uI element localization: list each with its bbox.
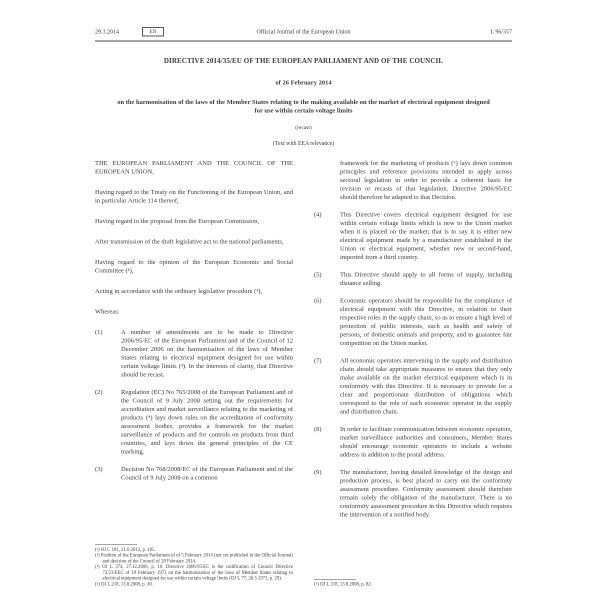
recital-text: The manufacturer, having detailed knowle… — [340, 468, 512, 519]
recital-text: Regulation (EC) No 765/2008 of the Europ… — [121, 388, 293, 456]
recital-5: (5) This Directive should apply to all f… — [314, 270, 512, 287]
preamble-treaty-citation: Having regard to the Treaty on the Funct… — [95, 188, 293, 205]
recital-number: (3) — [95, 465, 121, 482]
recital-number: (8) — [314, 425, 340, 459]
preamble-commission-proposal: Having regard to the proposal from the E… — [95, 217, 293, 226]
preamble-enacting-institutions: THE EUROPEAN PARLIAMENT AND THE COUNCIL … — [95, 159, 293, 176]
recital-text: In order to facilitate communication bet… — [340, 425, 512, 459]
recital-number: (2) — [95, 388, 121, 456]
recital-number: (9) — [314, 468, 340, 519]
recital-text: This Directive should apply to all forms… — [340, 270, 512, 287]
right-column: framework for the marketing of products … — [314, 159, 512, 590]
preamble-national-parliaments: After transmission of the draft legislat… — [95, 237, 293, 246]
recital-number: (4) — [314, 210, 340, 261]
header-date: 29.3.2014 — [95, 28, 119, 36]
footnote-3: (³) OJ L 374, 27.12.2006, p. 10. Directi… — [95, 565, 293, 582]
eea-relevance-note: (Text with EEA relevance) — [95, 141, 512, 147]
recital-number: (6) — [314, 296, 340, 347]
preamble-whereas: Whereas: — [95, 307, 293, 316]
footnote-separator — [95, 544, 137, 545]
directive-subject: on the harmonisation of the laws of the … — [117, 98, 490, 115]
recital-6: (6) Economic operators should be respons… — [314, 296, 512, 347]
recital-3: (3) Decision No 768/2008/EC of the Europ… — [95, 465, 293, 482]
recital-text: This Directive covers electrical equipme… — [340, 210, 512, 261]
journal-page: 29.3.2014 EN Official Journal of the Eur… — [95, 0, 512, 590]
left-column: THE EUROPEAN PARLIAMENT AND THE COUNCIL … — [95, 159, 293, 590]
recital-9: (9) The manufacturer, having detailed kn… — [314, 468, 512, 519]
recital-number: (1) — [95, 328, 121, 379]
body-columns: THE EUROPEAN PARLIAMENT AND THE COUNCIL … — [95, 159, 512, 590]
header-rule — [95, 41, 512, 42]
recital-text: Decision No 768/2008/EC of the European … — [121, 465, 293, 482]
recital-7: (7) All economic operators intervening i… — [314, 356, 512, 416]
recital-number: (7) — [314, 356, 340, 416]
directive-date: of 26 February 2014 — [95, 79, 512, 87]
recital-1: (1) A number of amendments are to be mad… — [95, 328, 293, 379]
footnote-4: (⁴) OJ L 218, 13.8.2008, p. 30. — [95, 582, 293, 588]
recital-4: (4) This Directive covers electrical equ… — [314, 210, 512, 261]
page-header: 29.3.2014 EN Official Journal of the Eur… — [95, 26, 512, 37]
recast-note: (recast) — [95, 125, 512, 131]
recital-3-continuation: framework for the marketing of products … — [340, 159, 512, 202]
recital-text: All economic operators intervening in th… — [340, 356, 512, 416]
language-badge: EN — [142, 27, 164, 37]
recital-2: (2) Regulation (EC) No 765/2008 of the E… — [95, 388, 293, 456]
footnote-2: (²) Position of the European Parliament … — [95, 553, 293, 565]
right-footnotes: (⁵) OJ L 218, 13.8.2008, p. 82. — [314, 579, 512, 588]
recital-number: (5) — [314, 270, 340, 287]
left-footnotes: (¹) OJ C 181, 21.6.2012, p. 105. (²) Pos… — [95, 544, 293, 587]
footnote-5: (⁵) OJ L 218, 13.8.2008, p. 82. — [314, 582, 512, 588]
recital-text: A number of amendments are to be made to… — [121, 328, 293, 379]
recital-text: Economic operators should be responsible… — [340, 296, 512, 347]
preamble-legislative-procedure: Acting in accordance with the ordinary l… — [95, 287, 293, 296]
title-block: DIRECTIVE 2014/35/EU OF THE EUROPEAN PAR… — [95, 58, 512, 147]
directive-title: DIRECTIVE 2014/35/EU OF THE EUROPEAN PAR… — [95, 58, 512, 66]
recital-8: (8) In order to facilitate communication… — [314, 425, 512, 459]
document-viewport: 29.3.2014 EN Official Journal of the Eur… — [0, 0, 600, 600]
page-reference: L 96/357 — [490, 28, 512, 36]
preamble-eesc-opinion: Having regard to the opinion of the Euro… — [95, 258, 293, 275]
footnote-separator — [314, 579, 356, 580]
